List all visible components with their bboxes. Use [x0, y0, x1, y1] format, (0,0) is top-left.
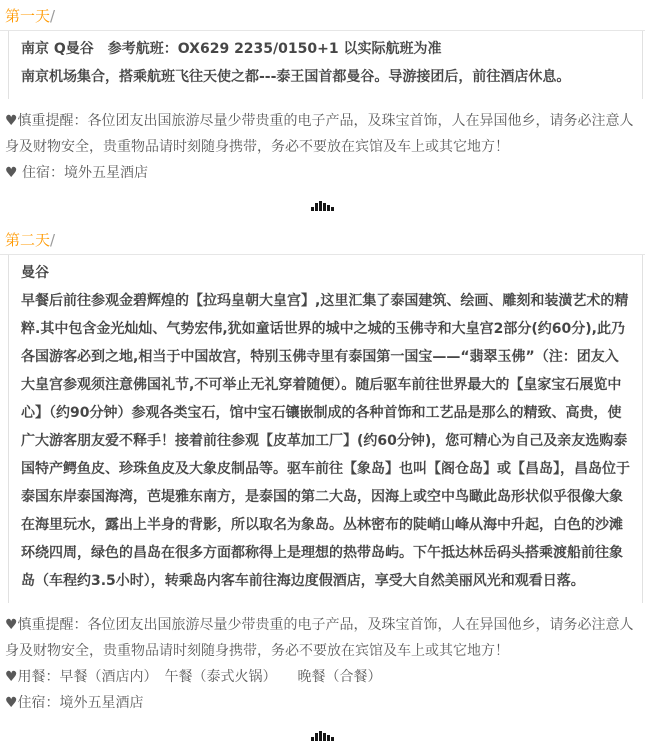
day-section-2: 第二天/ 曼谷 早餐后前往参观金碧辉煌的【拉玛皇朝大皇宫】,这里汇集了泰国建筑、… [0, 228, 645, 741]
equalizer-bars-icon [0, 201, 645, 211]
day-1-content-box: 南京 Q曼谷 参考航班：OX629 2235/0150+1 以实际航班为准 南京… [8, 31, 643, 99]
itinerary-page: 第一天/ 南京 Q曼谷 参考航班：OX629 2235/0150+1 以实际航班… [0, 4, 645, 741]
equalizer-bars-icon [0, 731, 645, 741]
day-2-meals-note: ♥用餐：早餐（酒店内） 午餐（泰式火锅） 晚餐（合餐） [5, 664, 639, 690]
day-1-title: 第一天 [5, 7, 50, 25]
day-1-notes: ♥慎重提醒：各位团友出国旅游尽量少带贵重的电子产品，及珠宝首饰，人在异国他乡，请… [0, 99, 645, 186]
day-1-reminder-note: ♥慎重提醒：各位团友出国旅游尽量少带贵重的电子产品，及珠宝首饰，人在异国他乡，请… [5, 108, 639, 160]
day-2-heading: 第二天/ [0, 228, 645, 255]
day-2-city-line: 曼谷 [21, 259, 630, 287]
day-2-lodging-note: ♥住宿：境外五星酒店 [5, 690, 639, 716]
day-section-1: 第一天/ 南京 Q曼谷 参考航班：OX629 2235/0150+1 以实际航班… [0, 4, 645, 211]
day-2-content-box: 曼谷 早餐后前往参观金碧辉煌的【拉玛皇朝大皇宫】,这里汇集了泰国建筑、绘画、雕刻… [8, 255, 643, 603]
day-1-lodging-note: ♥ 住宿：境外五星酒店 [5, 160, 639, 186]
day-2-heading-slash: / [50, 231, 55, 249]
day-2-reminder-note: ♥慎重提醒：各位团友出国旅游尽量少带贵重的电子产品，及珠宝首饰，人在异国他乡，请… [5, 612, 639, 664]
day-1-heading-slash: / [50, 7, 55, 25]
day-1-heading: 第一天/ [0, 4, 645, 31]
day-2-description-paragraph: 早餐后前往参观金碧辉煌的【拉玛皇朝大皇宫】,这里汇集了泰国建筑、绘画、雕刻和装潢… [21, 287, 630, 595]
day-1-route-flight-line: 南京 Q曼谷 参考航班：OX629 2235/0150+1 以实际航班为准 [21, 35, 630, 63]
day-1-description-line: 南京机场集合，搭乘航班飞往天使之都---泰王国首都曼谷。导游接团后，前往酒店休息… [21, 63, 630, 91]
day-2-notes: ♥慎重提醒：各位团友出国旅游尽量少带贵重的电子产品，及珠宝首饰，人在异国他乡，请… [0, 603, 645, 716]
day-2-title: 第二天 [5, 231, 50, 249]
